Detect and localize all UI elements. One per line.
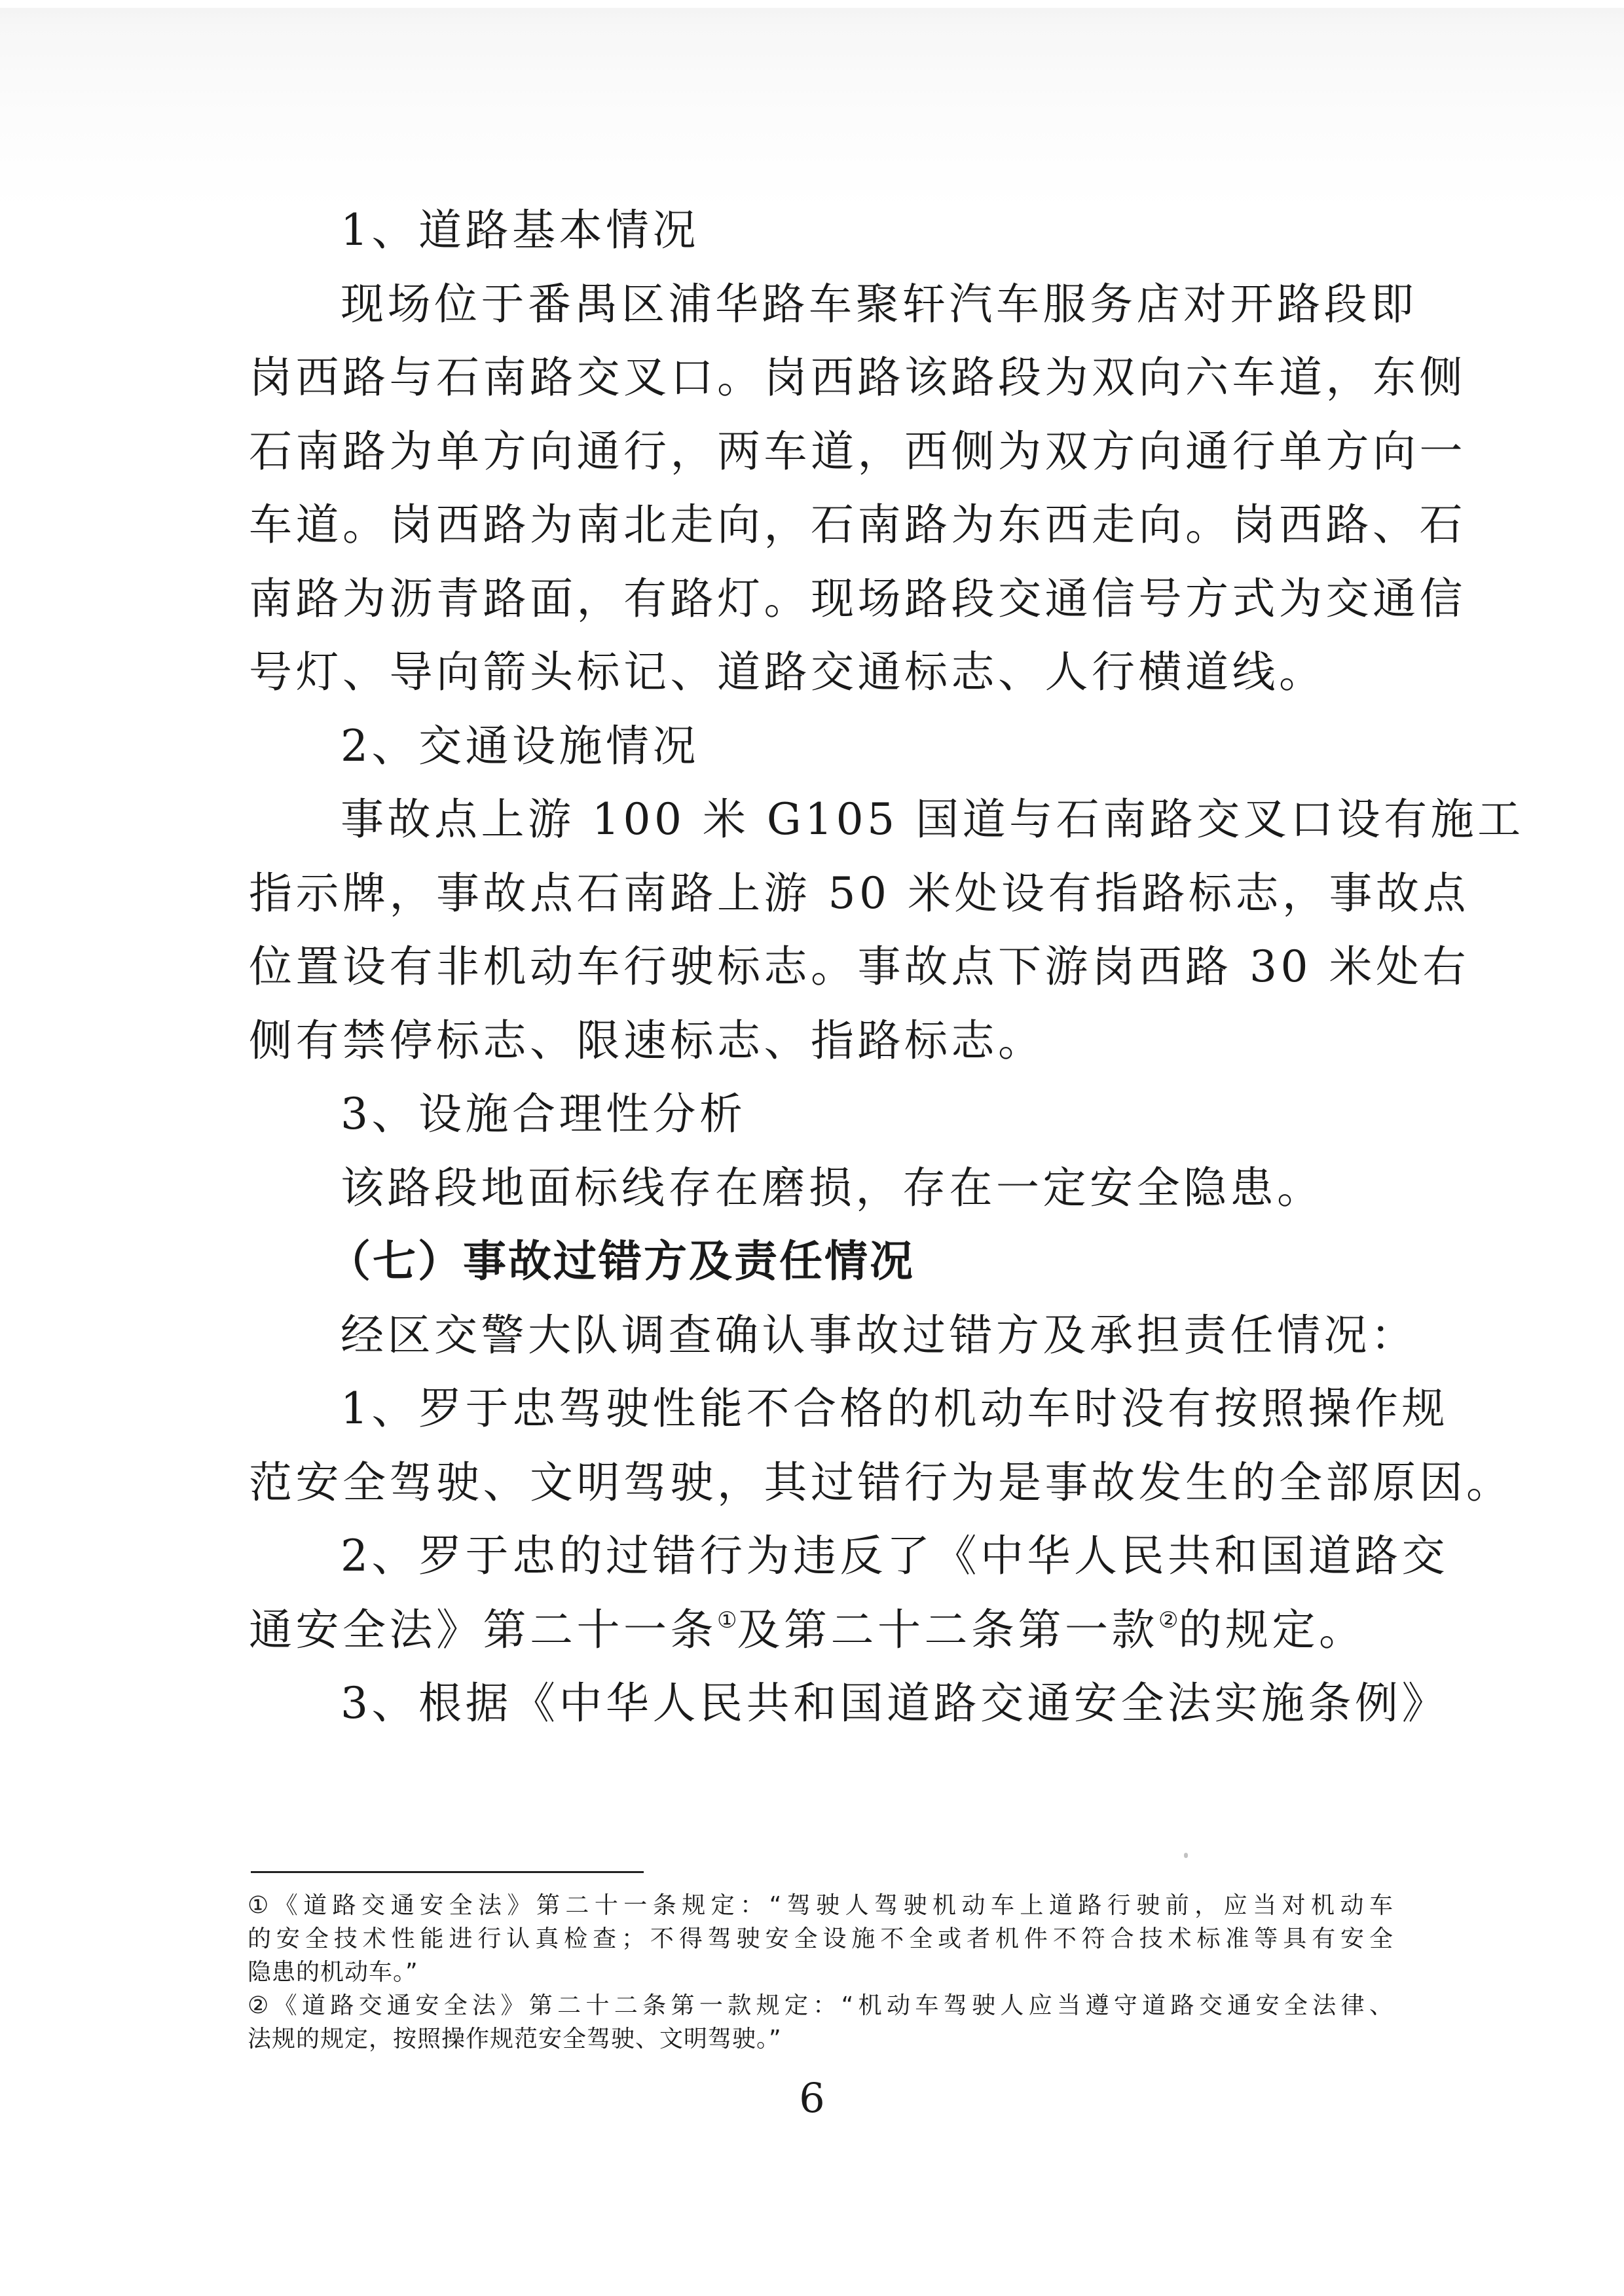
paragraph-line: 事故点上游 100 米 G105 国道与石南路交叉口设有施工 [249, 783, 1392, 857]
subheading-traffic-facilities: 2、交通设施情况 [249, 710, 1392, 784]
subheading-facility-analysis: 3、设施合理性分析 [249, 1078, 1392, 1152]
footnote-ref-1[interactable]: ① [717, 1607, 737, 1633]
scan-top-edge [0, 0, 1624, 8]
footnotes: ①《道路交通安全法》第二十一条规定：“驾驶人驾驶机动车上道路行驶前，应当对机动车… [248, 1889, 1393, 2056]
text-segment: 的规定。 [1178, 1605, 1365, 1655]
text-segment: 及第二十二条第一款 [737, 1605, 1158, 1655]
paragraph-line-with-footnote-refs: 通安全法》第二十一条①及第二十二条第一款②的规定。 [249, 1594, 1392, 1667]
document-page: 1、道路基本情况 现场位于番禺区浦华路车聚轩汽车服务店对开路段即 岗西路与石南路… [0, 0, 1624, 2296]
footnote-ref-2[interactable]: ② [1158, 1607, 1178, 1633]
paragraph-line: 号灯、导向箭头标记、道路交通标志、人行横道线。 [249, 636, 1392, 710]
footnote-2-line: 法规的规定，按照操作规范安全驾驶、文明驾驶。” [248, 2022, 1393, 2056]
section-heading-fault-responsibility: （七）事故过错方及责任情况 [249, 1225, 1392, 1299]
scan-speck [1184, 1853, 1188, 1858]
paragraph-line: 现场位于番禺区浦华路车聚轩汽车服务店对开路段即 [249, 268, 1392, 342]
paragraph-line: 石南路为单方向通行，两车道，西侧为双方向通行单方向一 [249, 415, 1392, 489]
page-number: 6 [0, 2074, 1624, 2122]
footnote-1-line: 隐患的机动车。” [248, 1956, 1393, 1989]
subheading-road-basics: 1、道路基本情况 [249, 194, 1392, 268]
footnote-2-line: ②《道路交通安全法》第二十二条第一款规定：“机动车驾驶人应当遵守道路交通安全法律… [248, 1989, 1393, 2022]
paragraph-line: 位置设有非机动车行驶标志。事故点下游岗西路 30 米处右 [249, 930, 1392, 1004]
paragraph-line: 1、罗于忠驾驶性能不合格的机动车时没有按照操作规 [249, 1372, 1392, 1446]
paragraph-line: 3、根据《中华人民共和国道路交通安全法实施条例》 [249, 1667, 1392, 1741]
footnote-1-line: 的安全技术性能进行认真检查；不得驾驶安全设施不全或者机件不符合技术标准等具有安全 [248, 1922, 1393, 1956]
body-text: 1、道路基本情况 现场位于番禺区浦华路车聚轩汽车服务店对开路段即 岗西路与石南路… [249, 194, 1392, 1741]
paragraph-line: 经区交警大队调查确认事故过错方及承担责任情况： [249, 1299, 1392, 1373]
paragraph-line: 岗西路与石南路交叉口。岗西路该路段为双向六车道，东侧 [249, 341, 1392, 415]
paragraph-line: 南路为沥青路面，有路灯。现场路段交通信号方式为交通信 [249, 562, 1392, 636]
paragraph-line: 车道。岗西路为南北走向，石南路为东西走向。岗西路、石 [249, 488, 1392, 562]
text-segment: 通安全法》第二十一条 [249, 1605, 717, 1655]
footnote-separator [251, 1871, 644, 1873]
paragraph-line: 范安全驾驶、文明驾驶，其过错行为是事故发生的全部原因。 [249, 1446, 1392, 1520]
footnote-1-line: ①《道路交通安全法》第二十一条规定：“驾驶人驾驶机动车上道路行驶前，应当对机动车 [248, 1889, 1393, 1922]
paragraph-line: 指示牌，事故点石南路上游 50 米处设有指路标志，事故点 [249, 857, 1392, 931]
paragraph-line: 侧有禁停标志、限速标志、指路标志。 [249, 1004, 1392, 1078]
paragraph-line: 该路段地面标线存在磨损，存在一定安全隐患。 [249, 1152, 1392, 1226]
paragraph-line: 2、罗于忠的过错行为违反了《中华人民共和国道路交 [249, 1520, 1392, 1594]
